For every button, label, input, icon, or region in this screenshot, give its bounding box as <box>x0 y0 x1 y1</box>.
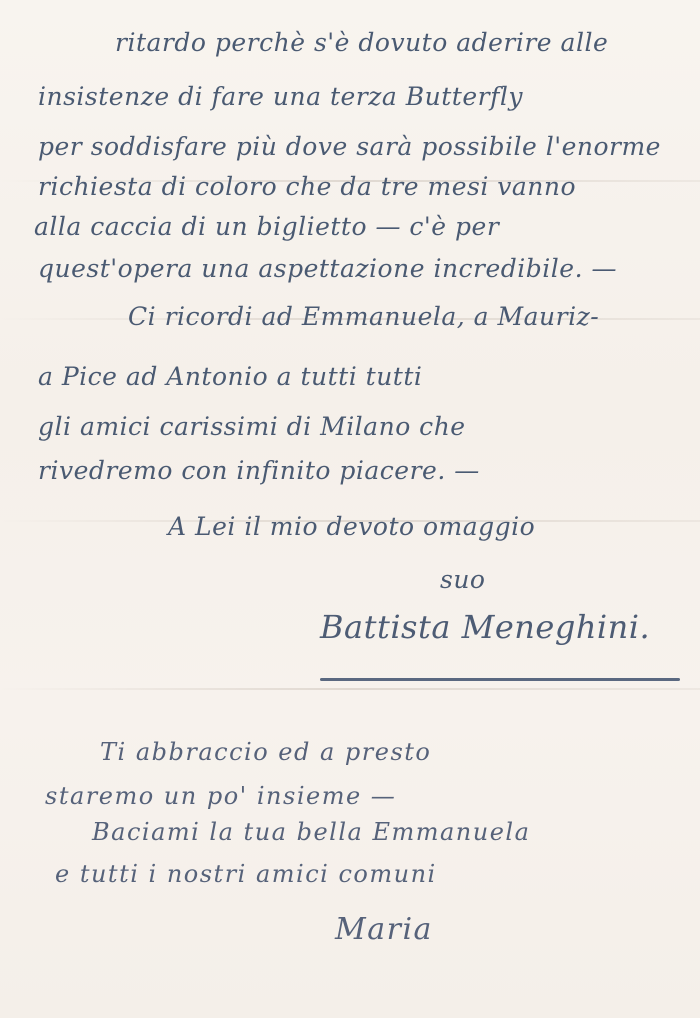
letter-line: quest'opera una aspettazione incredibile… <box>38 254 617 283</box>
signature-meneghini: Battista Meneghini. <box>320 608 650 646</box>
letter-line: a Pice ad Antonio a tutti tutti <box>38 362 422 391</box>
letter-line: insistenze di fare una terza Butterfly <box>38 82 523 111</box>
letter-line: per soddisfare più dove sarà possibile l… <box>38 132 661 161</box>
postscript-line: Ti abbraccio ed a presto <box>100 738 431 766</box>
letter-page: ritardo perchè s'è dovuto aderire alle i… <box>0 0 700 1018</box>
signature-underline <box>320 678 680 681</box>
postscript-line: Baciami la tua bella Emmanuela <box>92 818 530 846</box>
letter-line: gli amici carissimi di Milano che <box>38 412 466 441</box>
letter-line: Ci ricordi ad Emmanuela, a Mauriz- <box>128 302 599 331</box>
letter-line: rivedremo con infinito piacere. — <box>38 456 480 485</box>
paper-fold <box>0 688 700 690</box>
closing-suffix: suo <box>440 565 485 594</box>
postscript-line: e tutti i nostri amici comuni <box>55 860 437 888</box>
postscript-line: staremo un po' insieme — <box>45 782 396 810</box>
letter-line: alla caccia di un biglietto — c'è per <box>34 212 499 241</box>
closing-line: A Lei il mio devoto omaggio <box>168 512 535 541</box>
signature-maria: Maria <box>335 912 433 947</box>
letter-line: ritardo perchè s'è dovuto aderire alle <box>115 28 608 57</box>
letter-line: richiesta di coloro che da tre mesi vann… <box>38 172 576 201</box>
